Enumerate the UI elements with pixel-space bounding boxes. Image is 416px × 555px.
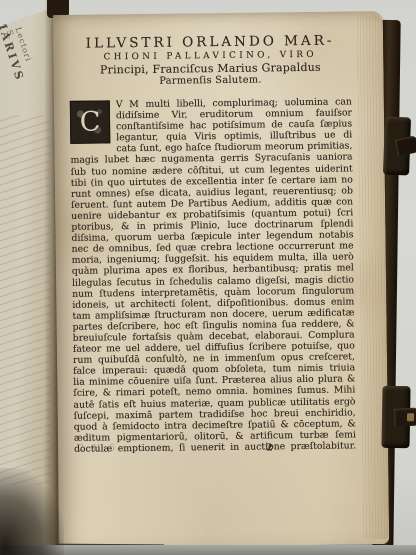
- woodcut-initial: C: [70, 100, 111, 143]
- clasp-bottom-brass-tip: [407, 413, 414, 421]
- bottom-left-shadow: [0, 468, 64, 555]
- verso-text-texture: [0, 115, 50, 485]
- clasp-bottom: [381, 386, 410, 448]
- book-photo-scene: MARIVS Lectori S. ILLVSTRI ORLANDO MAR- …: [0, 0, 416, 555]
- initial-letter: C: [71, 105, 109, 139]
- body-lines: V M multi libelli, complurimaq; uolumina…: [70, 96, 356, 454]
- clasp-top-hook: [394, 135, 416, 156]
- faint-inscription: 2 H 5: [78, 443, 118, 453]
- book-page: ILLVSTRI ORLANDO MAR- CHIONI PALLAVICINO…: [53, 11, 389, 548]
- body-text: C V M multi libelli, complurimaq; uolumi…: [70, 96, 356, 454]
- signature-mark: 2: [266, 442, 273, 453]
- page-heading: ILLVSTRI ORLANDO MAR- CHIONI PALLAVICINO…: [69, 33, 352, 88]
- clasp-top: [383, 117, 411, 176]
